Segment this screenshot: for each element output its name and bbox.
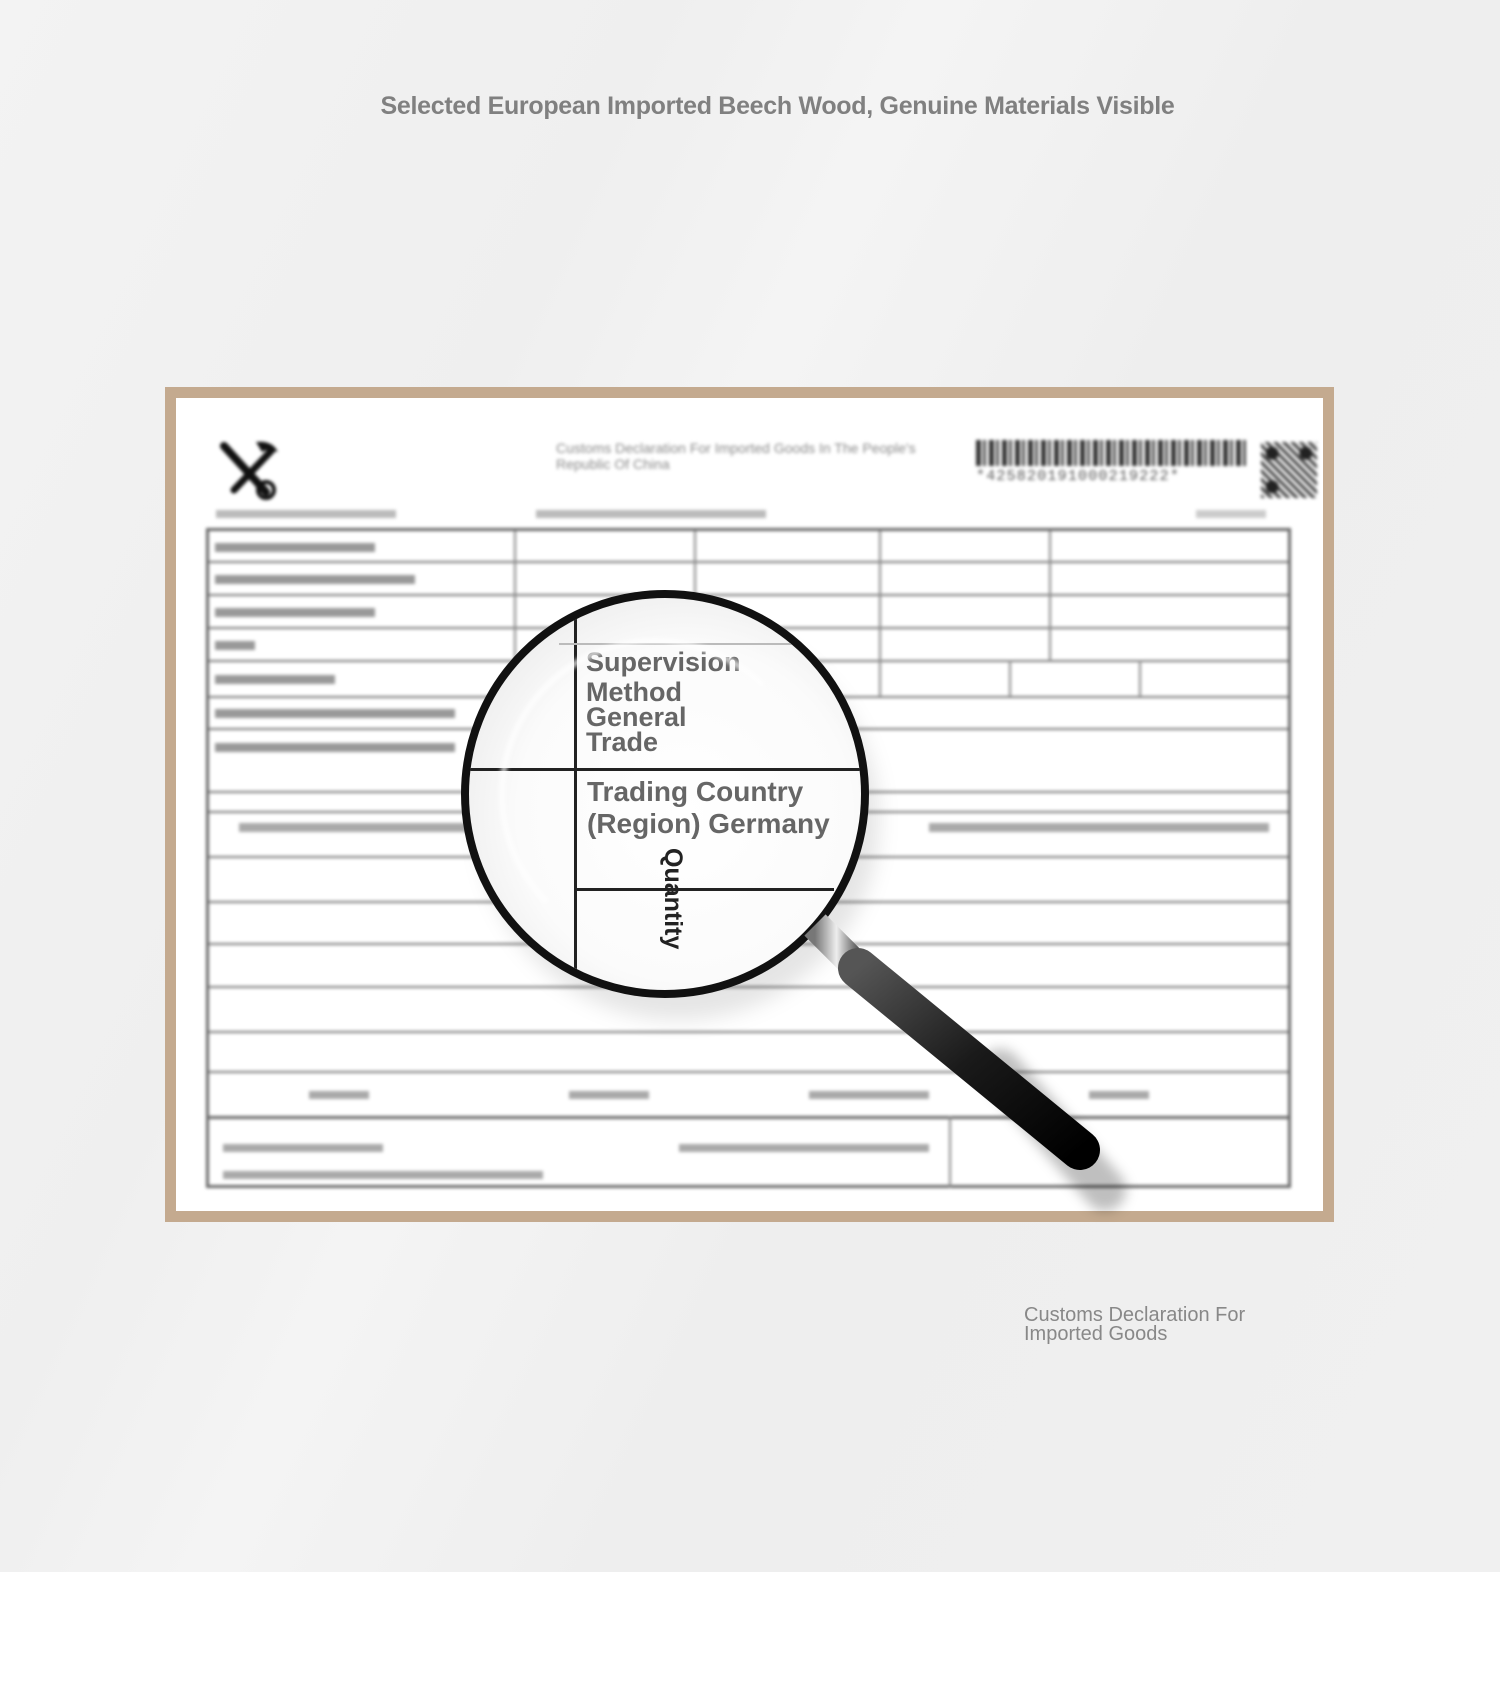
caption: Customs Declaration For Imported Goods bbox=[1024, 1306, 1245, 1344]
qr-code-icon bbox=[1261, 442, 1317, 498]
form-meta-line bbox=[216, 510, 396, 518]
form-title: Customs Declaration For Imported Goods I… bbox=[556, 440, 956, 472]
headline: Selected European Imported Beech Wood, G… bbox=[0, 92, 1500, 121]
barcode bbox=[976, 440, 1248, 466]
magnifying-glass-icon: Supervision Method General Trade Trading… bbox=[461, 590, 861, 990]
magnifier-lens: Supervision Method General Trade Trading… bbox=[461, 590, 869, 998]
customs-emblem-icon bbox=[216, 438, 286, 502]
barcode-number: *425820191000219222* bbox=[976, 468, 1248, 485]
form-meta-line bbox=[536, 510, 766, 518]
form-meta-line bbox=[1196, 510, 1266, 518]
lens-glare bbox=[499, 638, 811, 950]
background: Selected European Imported Beech Wood, G… bbox=[0, 0, 1500, 1572]
